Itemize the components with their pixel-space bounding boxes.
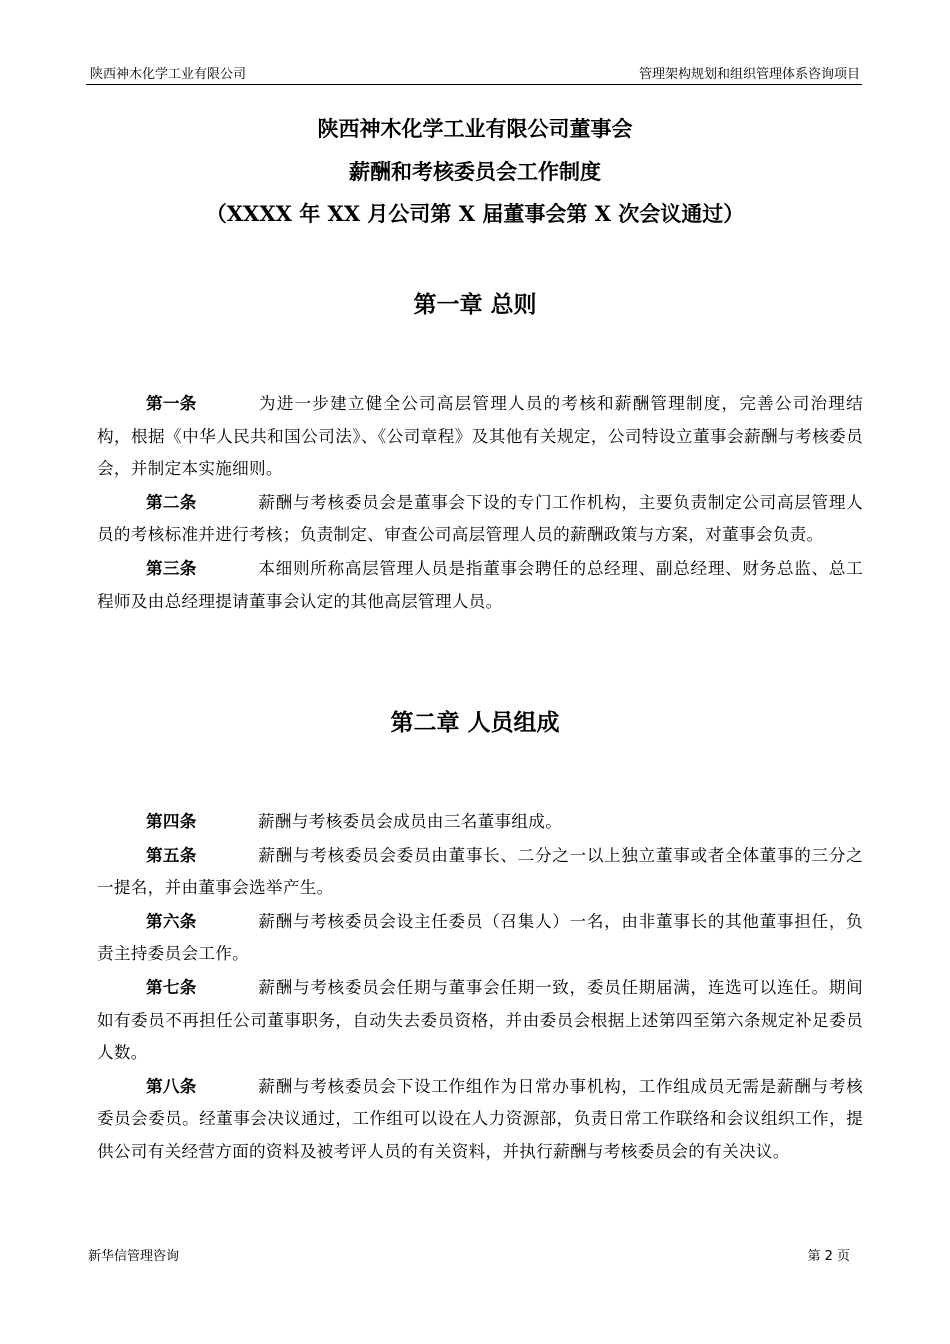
page-number: 第 2 页 xyxy=(807,1248,850,1266)
header-project-name: 管理架构规划和组织管理体系咨询项目 xyxy=(639,66,860,84)
article-label: 第五条 xyxy=(146,839,258,872)
chapter-heading-1: 第一章 总则 xyxy=(0,290,950,320)
article-label: 第一条 xyxy=(146,387,258,420)
article-7: 第七条薪酬与考核委员会任期与董事会任期一致，委员任期届满，连选可以连任。期间如有… xyxy=(97,971,863,1070)
document-title: 陕西神木化学工业有限公司董事会 薪酬和考核委员会工作制度 （XXXX 年 XX … xyxy=(0,108,950,236)
article-2: 第二条薪酬与考核委员会是董事会下设的专门工作机构，主要负责制定公司高层管理人员的… xyxy=(97,486,863,552)
article-8: 第八条薪酬与考核委员会下设工作组作为日常办事机构，工作组成员无需是薪酬与考核委员… xyxy=(97,1070,863,1169)
article-label: 第二条 xyxy=(146,486,258,519)
footer-company-name: 新华信管理咨询 xyxy=(88,1249,179,1264)
article-4: 第四条薪酬与考核委员会成员由三名董事组成。 xyxy=(97,805,863,839)
article-label: 第七条 xyxy=(146,971,258,1004)
article-1: 第一条为进一步建立健全公司高层管理人员的考核和薪酬管理制度，完善公司治理结构，根… xyxy=(97,387,863,486)
article-5: 第五条薪酬与考核委员会委员由董事长、二分之一以上独立董事或者全体董事的三分之一提… xyxy=(97,839,863,905)
article-text: 薪酬与考核委员会成员由三名董事组成。 xyxy=(258,812,562,831)
chapter-heading-2: 第二章 人员组成 xyxy=(0,708,950,738)
page-footer: 新华信管理咨询 第 2 页 xyxy=(88,1248,850,1266)
title-line-2: 薪酬和考核委员会工作制度 xyxy=(0,151,950,194)
article-label: 第三条 xyxy=(146,552,258,585)
header-company-name: 陕西神木化学工业有限公司 xyxy=(90,66,246,84)
article-3: 第三条本细则所称高层管理人员是指董事会聘任的总经理、副总经理、财务总监、总工程师… xyxy=(97,552,863,618)
chapter-1-articles: 第一条为进一步建立健全公司高层管理人员的考核和薪酬管理制度，完善公司治理结构，根… xyxy=(97,387,863,618)
article-label: 第八条 xyxy=(146,1070,258,1103)
chapter-2-articles: 第四条薪酬与考核委员会成员由三名董事组成。 第五条薪酬与考核委员会委员由董事长、… xyxy=(97,805,863,1169)
article-label: 第四条 xyxy=(146,805,258,838)
article-6: 第六条薪酬与考核委员会设主任委员（召集人）一名，由非董事长的其他董事担任，负责主… xyxy=(97,905,863,971)
title-line-3: （XXXX 年 XX 月公司第 X 届董事会第 X 次会议通过） xyxy=(0,193,950,236)
article-label: 第六条 xyxy=(146,905,258,938)
title-line-1: 陕西神木化学工业有限公司董事会 xyxy=(0,108,950,151)
page-header: 陕西神木化学工业有限公司 管理架构规划和组织管理体系咨询项目 xyxy=(86,66,862,85)
